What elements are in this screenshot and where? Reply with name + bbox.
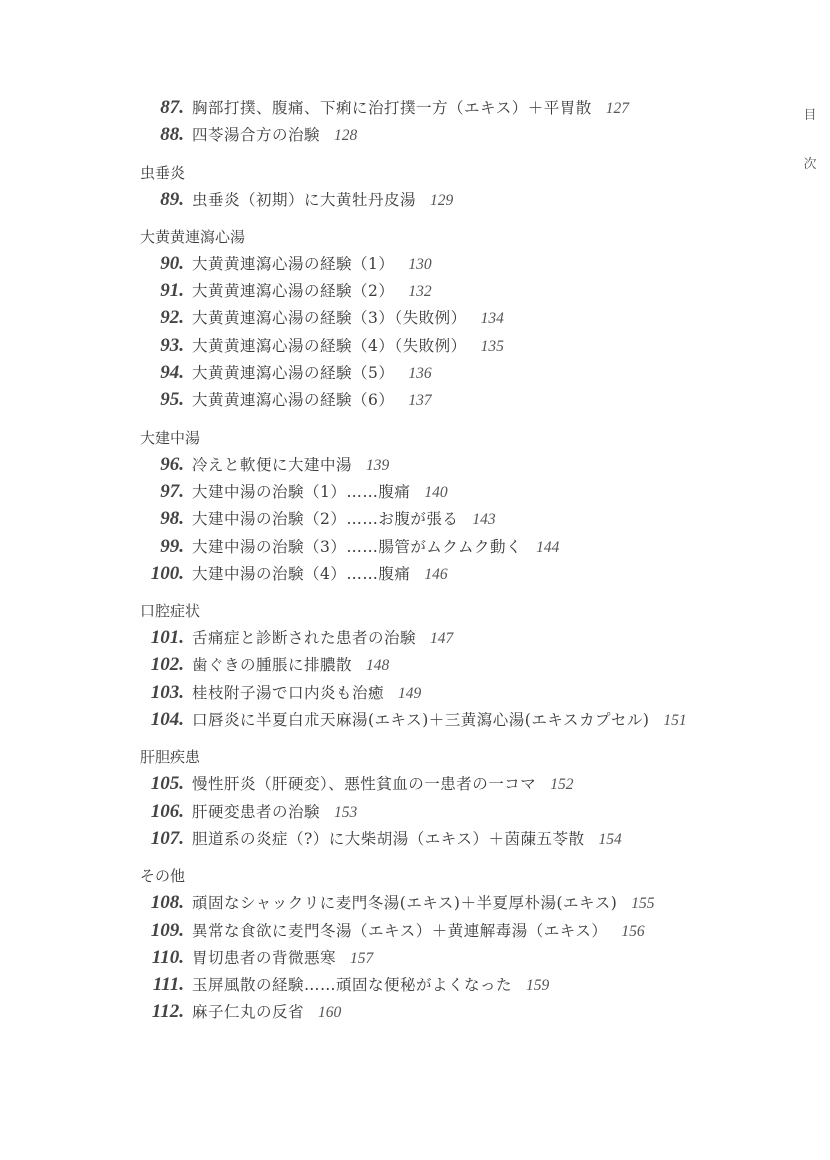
entry-page: 143: [472, 511, 495, 528]
entry-number: 110.: [140, 944, 184, 971]
entry-title: 四苓湯合方の治験: [192, 126, 320, 144]
entry-page: 136: [408, 365, 431, 382]
entry-title: 大建中湯の治験（4）……腹痛: [192, 565, 410, 583]
toc-section: 大黄黄連瀉心湯 90.大黄黄連瀉心湯の経験（1）130 91.大黄黄連瀉心湯の経…: [140, 225, 780, 414]
toc-entry[interactable]: 103.桂枝附子湯で口内炎も治癒149: [140, 679, 780, 706]
entry-page: 157: [350, 950, 373, 967]
entry-number: 97.: [140, 478, 184, 505]
toc-section: その他 108.頑固なシャックリに麦門冬湯(エキス)＋半夏厚朴湯(エキス)155…: [140, 864, 780, 1025]
entry-number: 111.: [140, 971, 184, 998]
entry-page: 144: [536, 539, 559, 556]
entry-title: 虫垂炎（初期）に大黄牡丹皮湯: [192, 191, 416, 209]
entry-title: 麻子仁丸の反省: [192, 1003, 304, 1021]
entry-page: 139: [366, 457, 389, 474]
entry-title: 胆道系の炎症（?）に大柴胡湯（エキス）＋茵蔯五苓散: [192, 830, 585, 848]
toc-entry[interactable]: 94.大黄黄連瀉心湯の経験（5）136: [140, 359, 780, 386]
entry-page: 135: [481, 338, 504, 355]
entry-title: 胸部打撲、腹痛、下痢に治打撲一方（エキス）＋平胃散: [192, 99, 592, 117]
entry-number: 98.: [140, 505, 184, 532]
toc-section: 肝胆疾患 105.慢性肝炎（肝硬変）、悪性貧血の一患者の一コマ152 106.肝…: [140, 745, 780, 852]
entry-title: 異常な食欲に麦門冬湯（エキス）＋黄連解毒湯（エキス）: [192, 922, 607, 940]
section-heading: 虫垂炎: [140, 161, 780, 186]
entry-number: 104.: [140, 706, 184, 733]
section-heading: 肝胆疾患: [140, 745, 780, 770]
entry-number: 99.: [140, 533, 184, 560]
entry-page: 146: [424, 566, 447, 583]
toc-section: 87.胸部打撲、腹痛、下痢に治打撲一方（エキス）＋平胃散127 88.四苓湯合方…: [140, 94, 780, 149]
toc-entry[interactable]: 90.大黄黄連瀉心湯の経験（1）130: [140, 250, 780, 277]
entry-page: 128: [334, 127, 357, 144]
entry-number: 96.: [140, 451, 184, 478]
entry-title: 大黄黄連瀉心湯の経験（6）: [192, 391, 394, 409]
entry-page: 129: [430, 192, 453, 209]
entry-number: 107.: [140, 825, 184, 852]
entry-title: 慢性肝炎（肝硬変）、悪性貧血の一患者の一コマ: [192, 775, 536, 793]
entry-page: 130: [408, 256, 431, 273]
toc-entry[interactable]: 97.大建中湯の治験（1）……腹痛140: [140, 478, 780, 505]
entry-number: 102.: [140, 651, 184, 678]
entry-number: 87.: [140, 94, 184, 121]
toc-entry[interactable]: 106.肝硬変患者の治験153: [140, 798, 780, 825]
toc-entry[interactable]: 91.大黄黄連瀉心湯の経験（2）132: [140, 277, 780, 304]
toc-entry[interactable]: 98.大建中湯の治験（2）……お腹が張る143: [140, 505, 780, 532]
entry-page: 127: [606, 100, 629, 117]
toc-entry[interactable]: 92.大黄黄連瀉心湯の経験（3）（失敗例）134: [140, 304, 780, 331]
toc-entry[interactable]: 102.歯ぐきの腫脹に排膿散148: [140, 651, 780, 678]
entry-number: 112.: [140, 998, 184, 1025]
toc-section: 虫垂炎 89.虫垂炎（初期）に大黄牡丹皮湯129: [140, 161, 780, 213]
entry-number: 108.: [140, 889, 184, 916]
entry-page: 147: [430, 630, 453, 647]
toc-section: 口腔症状 101.舌痛症と診断された患者の治験147 102.歯ぐきの腫脹に排膿…: [140, 599, 780, 733]
entry-number: 93.: [140, 332, 184, 359]
entry-title: 胃切患者の背微悪寒: [192, 949, 336, 967]
entry-title: 大黄黄連瀉心湯の経験（3）（失敗例）: [192, 309, 467, 327]
entry-title: 冷えと軟便に大建中湯: [192, 456, 352, 474]
section-heading: 口腔症状: [140, 599, 780, 624]
toc-entry[interactable]: 88.四苓湯合方の治験128: [140, 121, 780, 148]
entry-page: 152: [550, 776, 573, 793]
entry-title: 舌痛症と診断された患者の治験: [192, 629, 416, 647]
side-label-char: 目: [800, 104, 820, 123]
entry-page: 148: [366, 657, 389, 674]
entry-page: 149: [398, 685, 421, 702]
entry-title: 大黄黄連瀉心湯の経験（5）: [192, 364, 394, 382]
entry-title: 口唇炎に半夏白朮天麻湯(エキス)＋三黄瀉心湯(エキスカプセル): [192, 711, 649, 729]
toc-entry[interactable]: 109.異常な食欲に麦門冬湯（エキス）＋黄連解毒湯（エキス）156: [140, 917, 780, 944]
entry-page: 160: [318, 1004, 341, 1021]
entry-title: 玉屏風散の経験……頑固な便秘がよくなった: [192, 976, 512, 994]
toc-entry[interactable]: 95.大黄黄連瀉心湯の経験（6）137: [140, 386, 780, 413]
entry-title: 桂枝附子湯で口内炎も治癒: [192, 684, 384, 702]
entry-number: 109.: [140, 917, 184, 944]
toc-entry[interactable]: 112.麻子仁丸の反省160: [140, 998, 780, 1025]
toc-entry[interactable]: 111.玉屏風散の経験……頑固な便秘がよくなった159: [140, 971, 780, 998]
entry-page: 151: [663, 712, 686, 729]
toc-entry[interactable]: 100.大建中湯の治験（4）……腹痛146: [140, 560, 780, 587]
toc-entry[interactable]: 89.虫垂炎（初期）に大黄牡丹皮湯129: [140, 186, 780, 213]
toc-entry[interactable]: 96.冷えと軟便に大建中湯139: [140, 451, 780, 478]
entry-title: 歯ぐきの腫脹に排膿散: [192, 656, 352, 674]
toc-entry[interactable]: 108.頑固なシャックリに麦門冬湯(エキス)＋半夏厚朴湯(エキス)155: [140, 889, 780, 916]
entry-number: 88.: [140, 121, 184, 148]
entry-number: 91.: [140, 277, 184, 304]
side-label-char: 次: [800, 153, 820, 172]
entry-number: 106.: [140, 798, 184, 825]
entry-number: 92.: [140, 304, 184, 331]
entry-title: 大建中湯の治験（2）……お腹が張る: [192, 510, 458, 528]
entry-page: 154: [599, 831, 622, 848]
section-heading: その他: [140, 864, 780, 889]
entry-number: 90.: [140, 250, 184, 277]
entry-title: 大建中湯の治験（1）……腹痛: [192, 483, 410, 501]
entry-title: 肝硬変患者の治験: [192, 803, 320, 821]
entry-number: 94.: [140, 359, 184, 386]
entry-number: 103.: [140, 679, 184, 706]
toc-entry[interactable]: 101.舌痛症と診断された患者の治験147: [140, 624, 780, 651]
entry-page: 153: [334, 804, 357, 821]
entry-title: 大黄黄連瀉心湯の経験（2）: [192, 282, 394, 300]
entry-number: 105.: [140, 770, 184, 797]
entry-page: 140: [424, 484, 447, 501]
toc-entry[interactable]: 93.大黄黄連瀉心湯の経験（4）（失敗例）135: [140, 332, 780, 359]
entry-page: 132: [408, 283, 431, 300]
section-heading: 大建中湯: [140, 426, 780, 451]
entry-page: 159: [526, 977, 549, 994]
entry-number: 95.: [140, 386, 184, 413]
entry-page: 134: [481, 310, 504, 327]
entry-number: 100.: [140, 560, 184, 587]
toc-entry[interactable]: 87.胸部打撲、腹痛、下痢に治打撲一方（エキス）＋平胃散127: [140, 94, 780, 121]
toc-entry[interactable]: 99.大建中湯の治験（3）……腸管がムクムク動く144: [140, 533, 780, 560]
entry-page: 137: [408, 392, 431, 409]
toc-entry[interactable]: 105.慢性肝炎（肝硬変）、悪性貧血の一患者の一コマ152: [140, 770, 780, 797]
entry-page: 155: [631, 895, 654, 912]
toc-section: 大建中湯 96.冷えと軟便に大建中湯139 97.大建中湯の治験（1）……腹痛1…: [140, 426, 780, 587]
table-of-contents: 87.胸部打撲、腹痛、下痢に治打撲一方（エキス）＋平胃散127 88.四苓湯合方…: [140, 94, 780, 1038]
section-heading: 大黄黄連瀉心湯: [140, 225, 780, 250]
entry-title: 大黄黄連瀉心湯の経験（1）: [192, 255, 394, 273]
entry-page: 156: [621, 923, 644, 940]
toc-entry[interactable]: 104.口唇炎に半夏白朮天麻湯(エキス)＋三黄瀉心湯(エキスカプセル)151: [140, 706, 780, 733]
toc-entry[interactable]: 110.胃切患者の背微悪寒157: [140, 944, 780, 971]
entry-title: 頑固なシャックリに麦門冬湯(エキス)＋半夏厚朴湯(エキス): [192, 894, 617, 912]
side-label-table-of-contents: 目 次: [800, 104, 820, 172]
entry-title: 大黄黄連瀉心湯の経験（4）（失敗例）: [192, 337, 467, 355]
toc-entry[interactable]: 107.胆道系の炎症（?）に大柴胡湯（エキス）＋茵蔯五苓散154: [140, 825, 780, 852]
entry-title: 大建中湯の治験（3）……腸管がムクムク動く: [192, 538, 522, 556]
entry-number: 89.: [140, 186, 184, 213]
entry-number: 101.: [140, 624, 184, 651]
